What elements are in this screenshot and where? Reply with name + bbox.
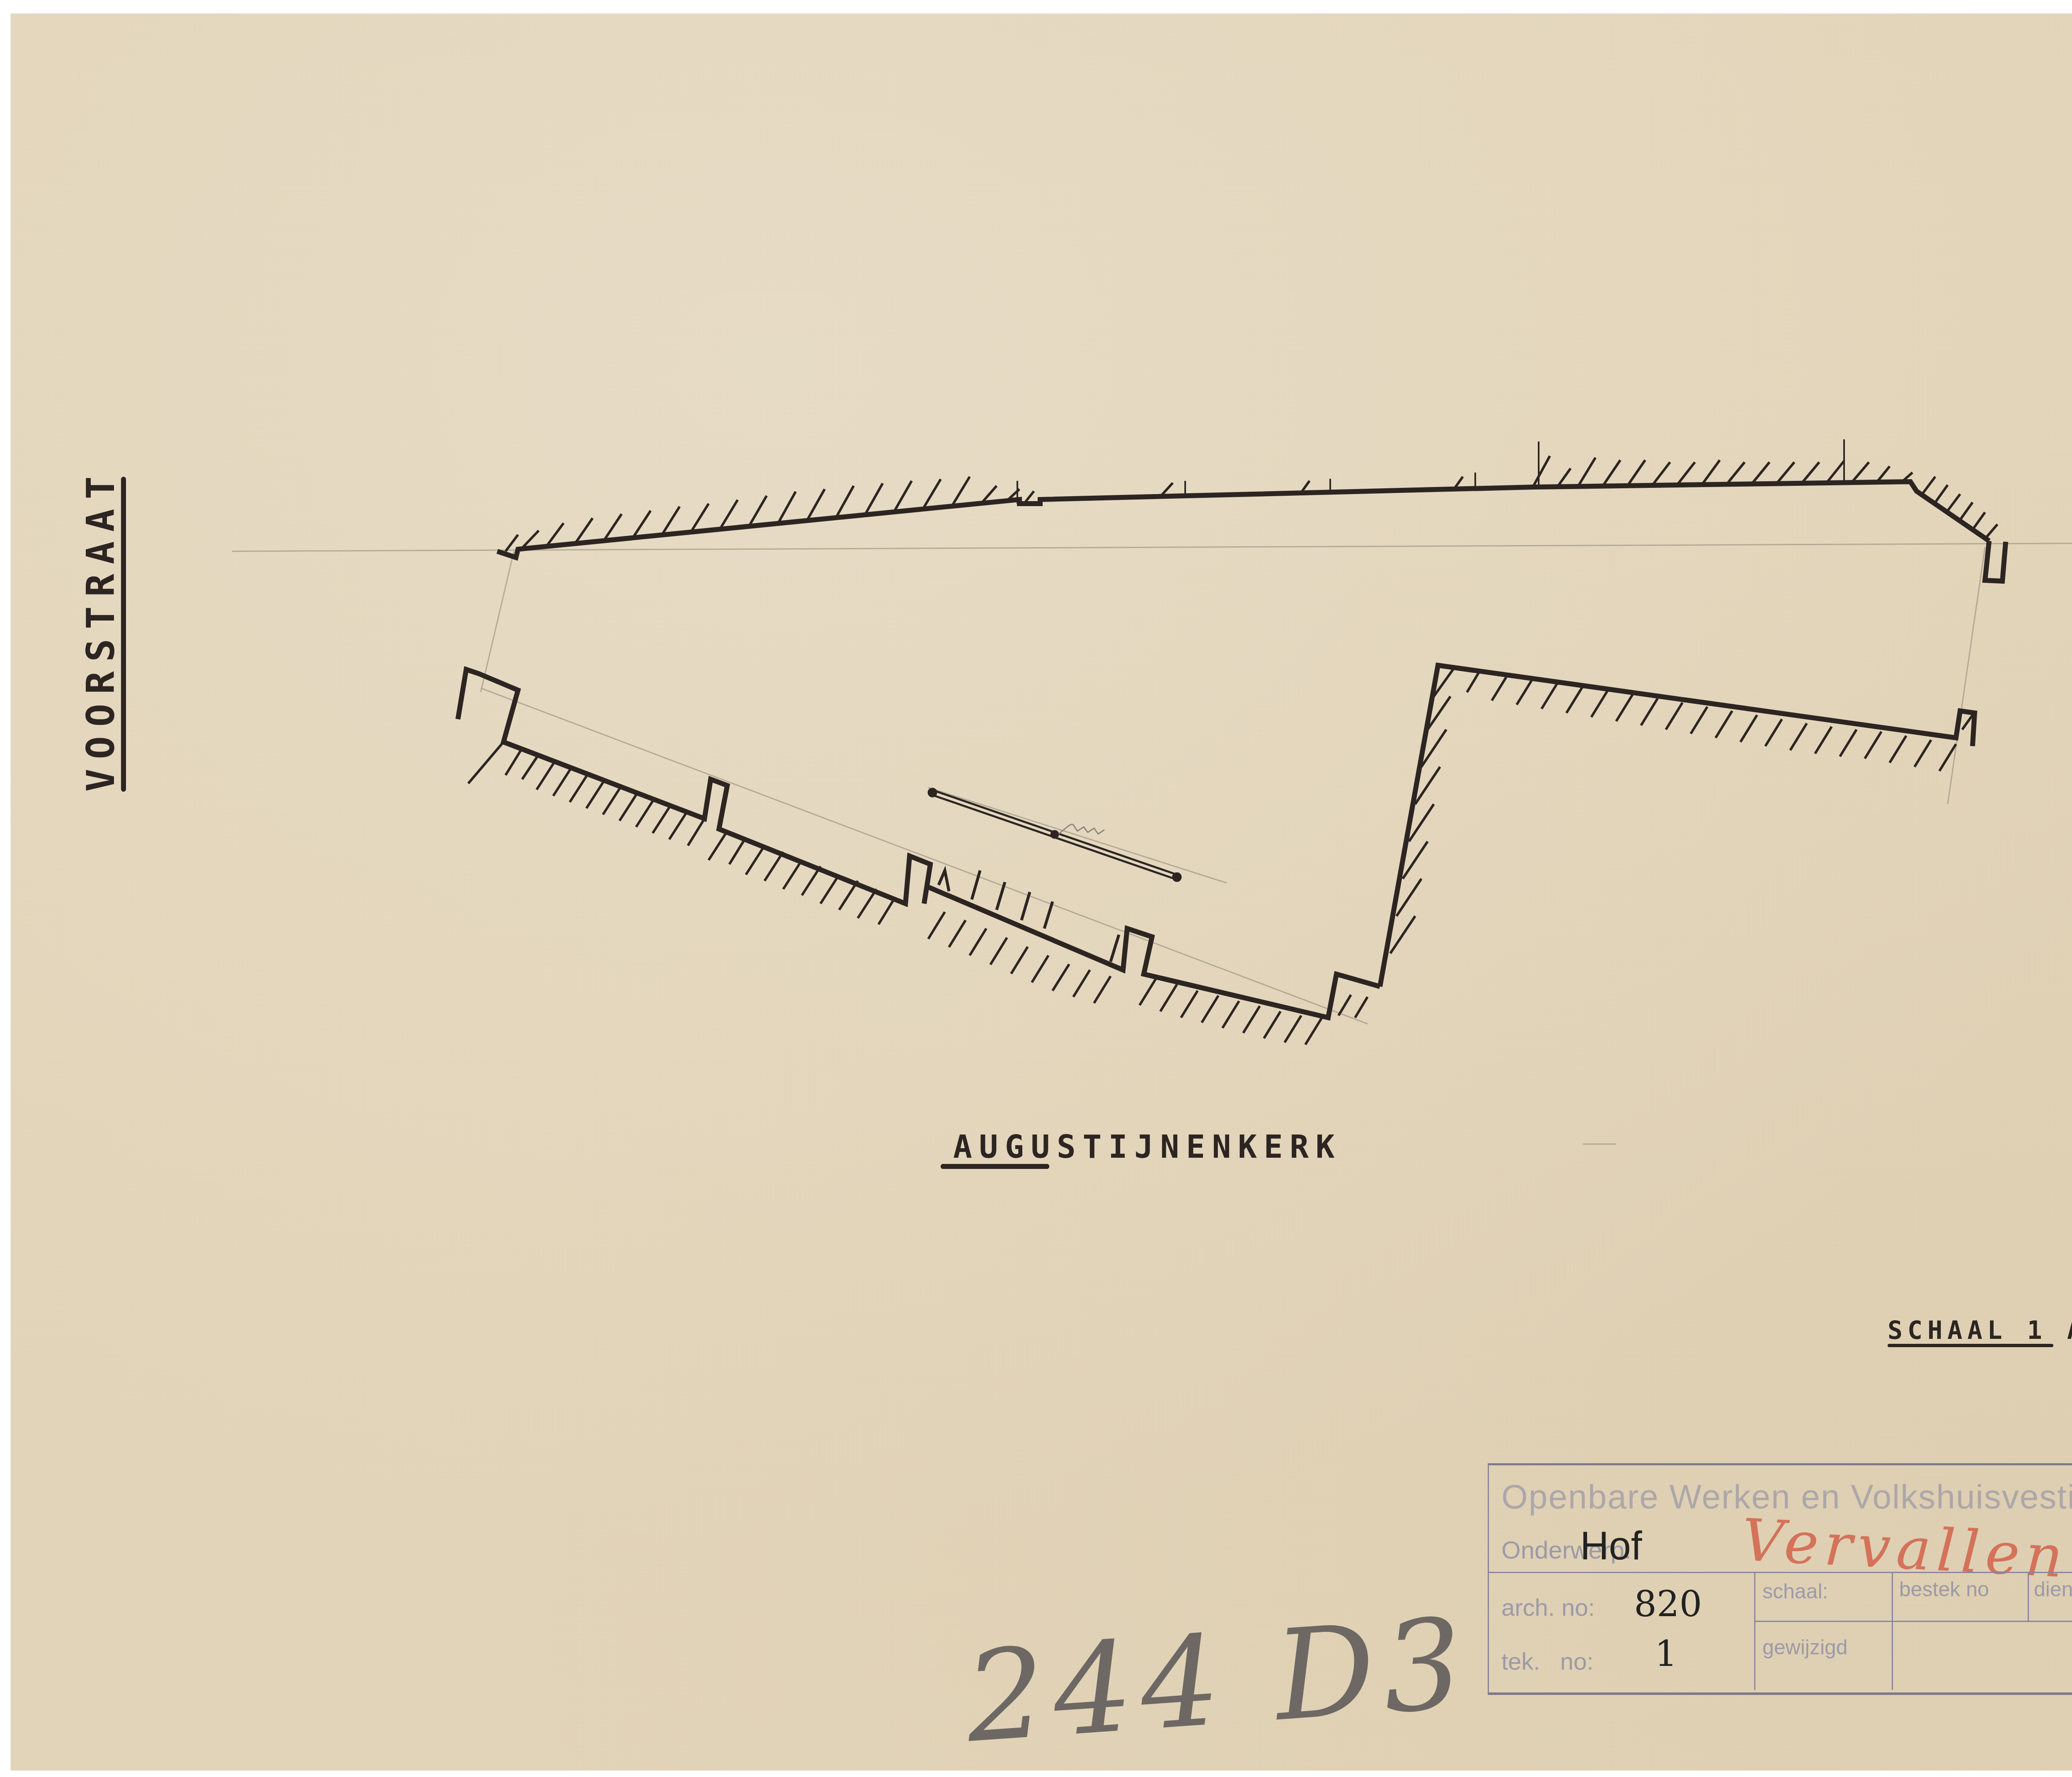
voorstraat-underline — [121, 477, 126, 792]
row-divider — [1754, 1621, 2072, 1622]
col-divider-2 — [1892, 1572, 1893, 1690]
subject-value: Hof — [1580, 1523, 1642, 1569]
north-wall-markers — [1017, 439, 1844, 504]
gewijzigd-label: gewijzigd — [1762, 1635, 1848, 1659]
construction-lines — [232, 542, 2072, 1144]
street-label-voorstraat: VOORSTRAAT — [75, 477, 116, 808]
dienstjaar-label: dienstjaar — [2034, 1577, 2072, 1601]
east-block-hatching — [1390, 667, 1973, 953]
scale-underline — [1888, 1344, 2053, 1347]
col-divider-3 — [2028, 1572, 2029, 1622]
church-label: AUGUSTIJNENKERK — [953, 1128, 1341, 1165]
south-wall-hatching — [468, 742, 1368, 1045]
church-underline-full — [941, 1164, 1049, 1169]
arch-no-label: arch. no: — [1501, 1594, 1595, 1622]
schaal-label: schaal: — [1762, 1579, 1828, 1603]
arch-no-value: 820 — [1634, 1583, 1702, 1625]
north-wall-hatching — [506, 456, 1997, 551]
tek-no-value: 1 — [1655, 1633, 1677, 1675]
col-divider-1 — [1754, 1572, 1755, 1690]
title-block-divider — [1489, 1572, 2072, 1573]
title-block: Openbare Werken en Volkshuisvesting Dord… — [1488, 1463, 2072, 1695]
inner-stalls — [939, 870, 1119, 962]
north-wall — [497, 482, 2006, 581]
south-wall — [458, 665, 1975, 1018]
tek-no-label: tek. no: — [1501, 1648, 1593, 1675]
pencil-note — [1059, 824, 1104, 834]
gate-line — [929, 789, 1181, 881]
bestek-label: bestek no — [1899, 1577, 1989, 1601]
scale-label: SCHAAL 1 A 100 — [1888, 1316, 2072, 1345]
